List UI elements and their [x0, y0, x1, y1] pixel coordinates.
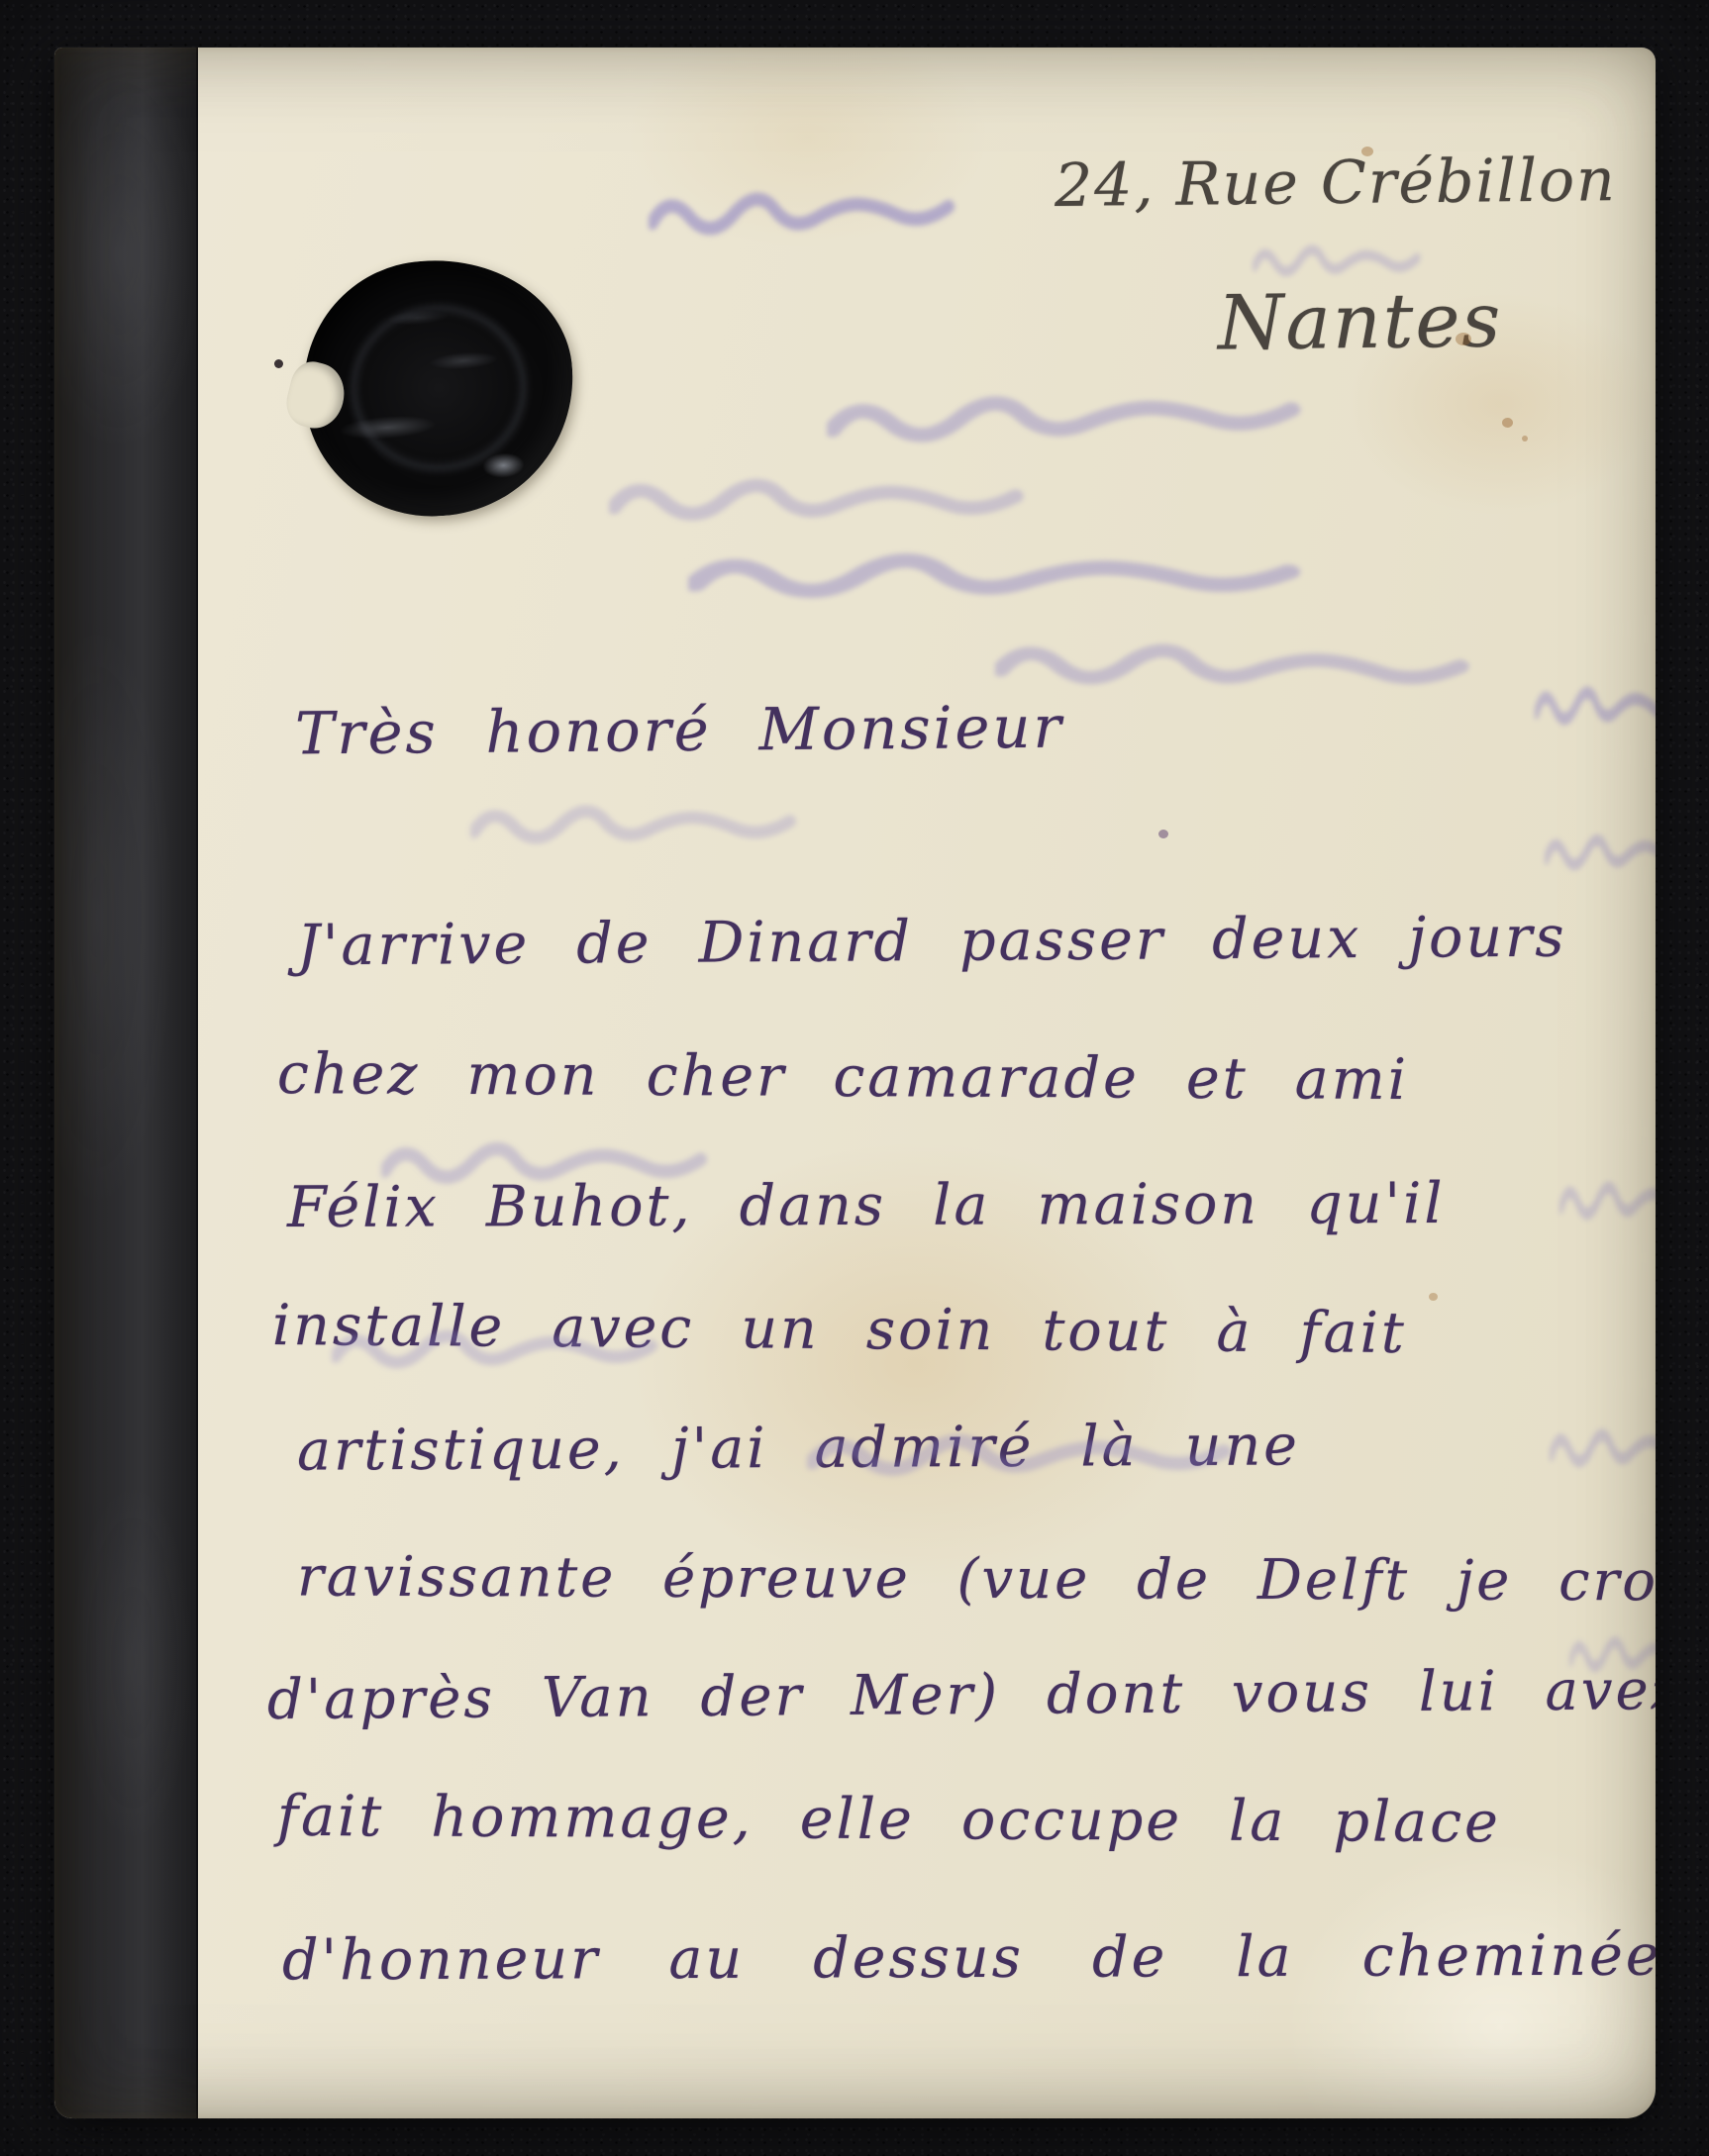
ink-bleed-through	[649, 183, 956, 245]
wax-seal	[295, 251, 581, 525]
ink-bleed-through	[995, 636, 1471, 701]
letter-line: artistique, j'ai admiré là une	[297, 1413, 1300, 1483]
salutation-line: Très honoré Monsieur	[295, 693, 1064, 768]
foxing-spot	[1502, 418, 1513, 428]
photographed-letter: 24, Rue Crébillon Nantes Très honoré Mon…	[0, 0, 1709, 2156]
ink-bleed-through	[470, 800, 797, 853]
ink-bleed-through	[826, 385, 1302, 454]
binding-tape-strip	[54, 48, 198, 2118]
ink-bleed-through	[1535, 681, 1656, 735]
letter-line: J'arrive de Dinard passer deux jours	[297, 905, 1567, 979]
letter-page: 24, Rue Crébillon Nantes Très honoré Mon…	[54, 48, 1656, 2118]
ink-bleed-through	[1550, 1423, 1656, 1477]
letter-line: d'après Van der Mer) dont vous lui avez	[267, 1658, 1656, 1732]
letter-line: Félix Buhot, dans la maison qu'il	[287, 1171, 1446, 1240]
letterhead-city: Nantes	[1218, 275, 1503, 366]
letterhead-address: 24, Rue Crébillon	[1055, 146, 1617, 221]
ink-dot	[1158, 830, 1168, 838]
foxing-spot	[1429, 1293, 1438, 1301]
letter-line: chez mon cher camarade et ami	[277, 1041, 1409, 1113]
letter-line: d'honneur au dessus de la cheminée	[282, 1923, 1656, 1994]
ink-bleed-through	[688, 547, 1302, 609]
ink-dot	[274, 359, 283, 368]
ink-bleed-through	[609, 473, 1025, 531]
letter-line: installe avec un soin tout à fait	[272, 1293, 1407, 1366]
ink-bleed-through	[1559, 1176, 1656, 1229]
letter-line: ravissante épreuve (vue de Delft je croi…	[297, 1545, 1656, 1615]
ink-bleed-through	[1545, 830, 1656, 879]
foxing-spot	[1522, 436, 1528, 441]
letter-line: fait hommage, elle occupe la place	[277, 1784, 1501, 1855]
